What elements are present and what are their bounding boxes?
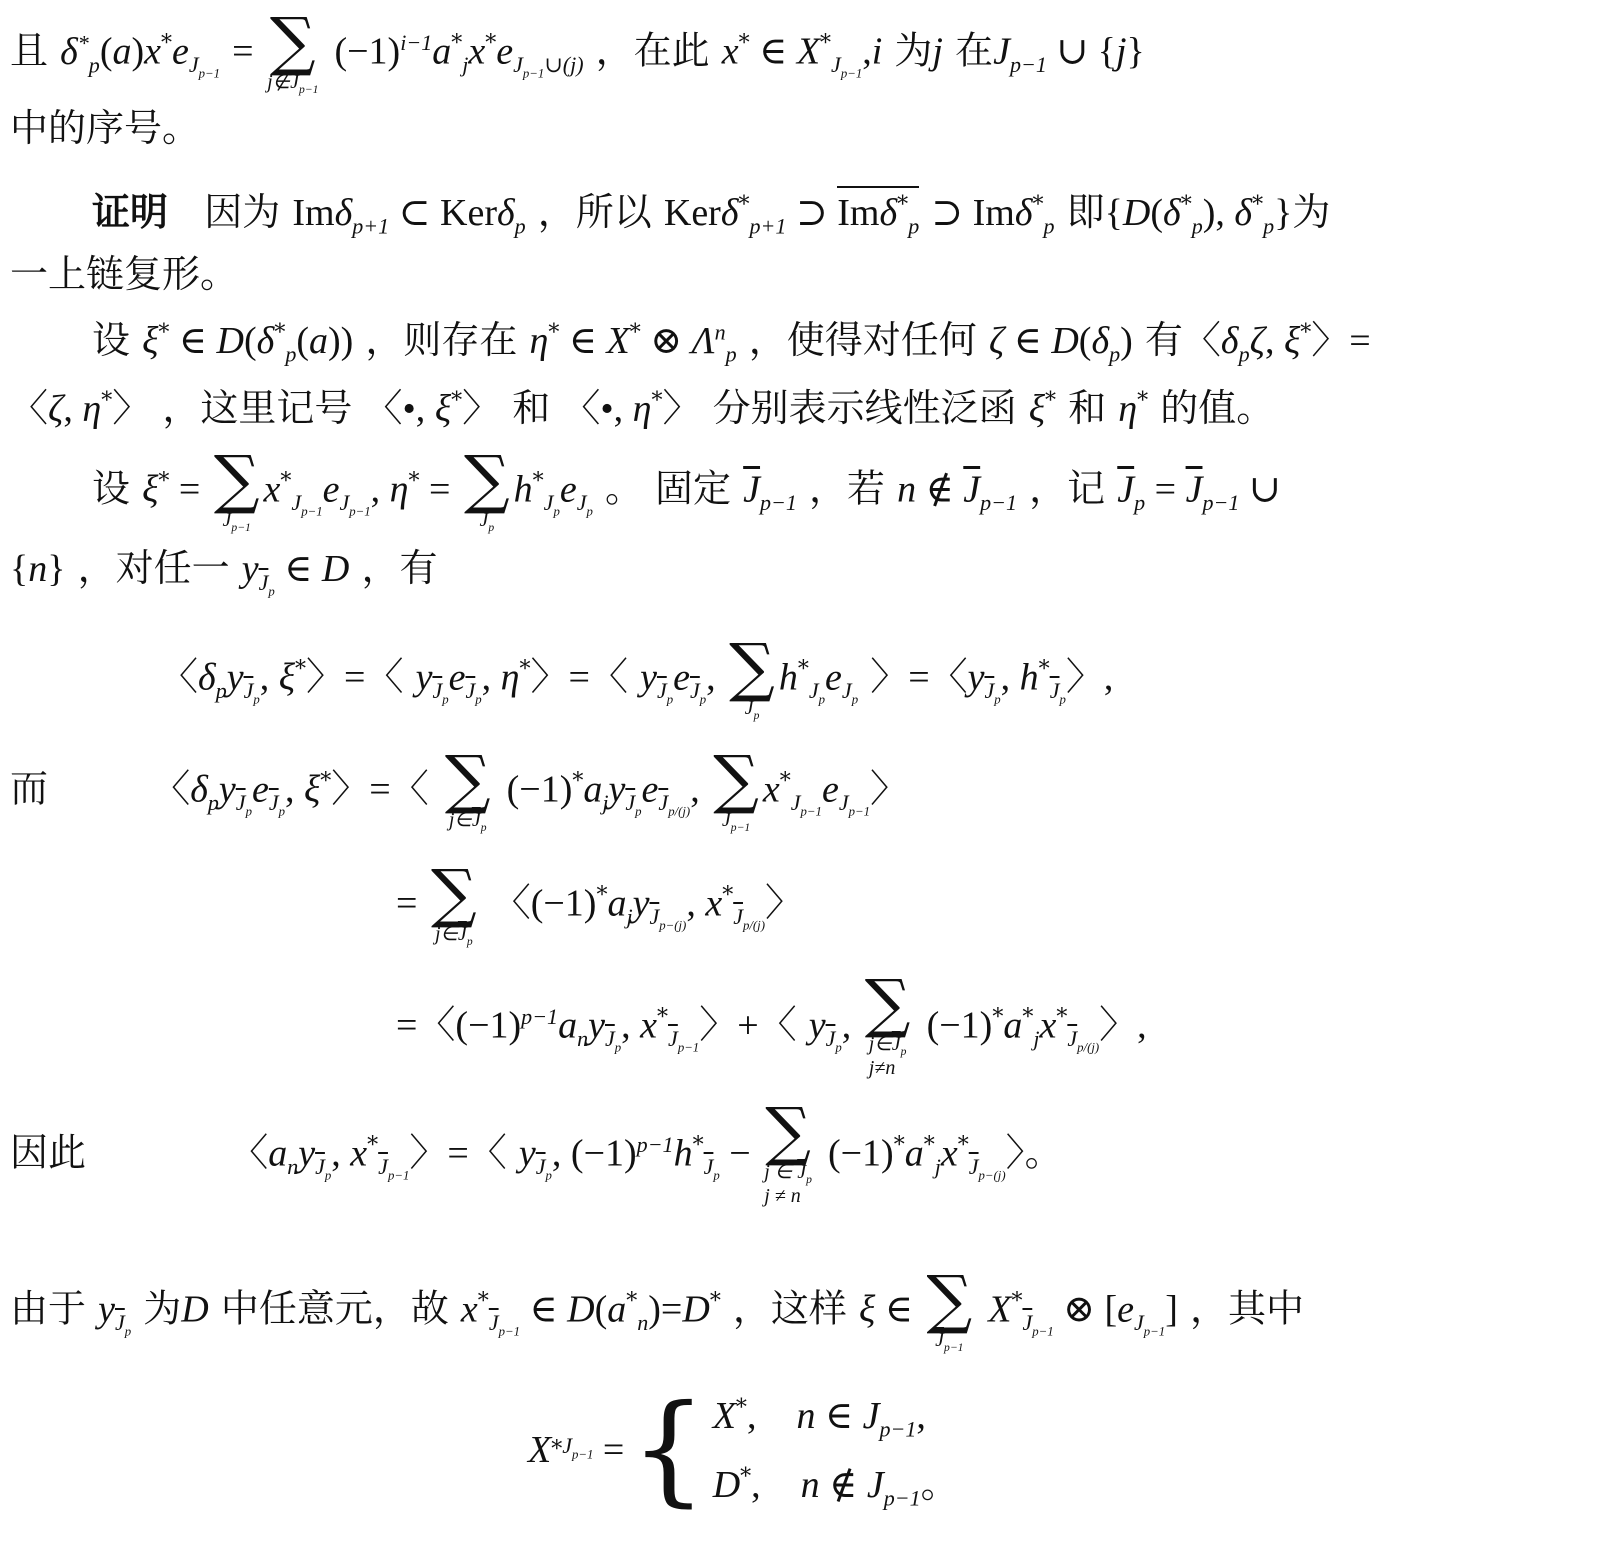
label-yinci: 因此: [10, 1131, 86, 1175]
cases-block: X*,n ∈ Jp−1, D*,n ∉ Jp−1。: [713, 1391, 959, 1509]
text-qie: 且: [10, 29, 48, 73]
equation-6-cases: X*Jp−1 = { X*,n ∈ Jp−1, D*,n ∉ Jp−1。: [528, 1390, 959, 1510]
line-8: {n} ，对任一 yJp ∈ D ，有: [10, 544, 437, 593]
equation-1: 〈δpyJp, ξ*〉=〈 yJpeJp, η*〉=〈 yJpeJp, ∑Jph…: [160, 640, 1113, 720]
line-2: 中的序号。: [10, 104, 200, 152]
line-9: 由于 yJp 为D 中任意元，故 x*Jp−1 ∈ D(a*n)=D* ，这样 …: [10, 1272, 1304, 1352]
line-3-proof: 证明 因为 Imδp+1 ⊂ Kerδp ，所以 Kerδ*p+1 ⊃ Imδ*…: [92, 188, 1330, 237]
equation-2: 而 〈δpyJpeJp, ξ*〉=〈 ∑j∈Jp (−1)*ajyJpeJp/(…: [10, 752, 908, 832]
left-brace: {: [630, 1390, 706, 1510]
equation-4: =〈(−1)p−1anyJp, x*Jp−1〉+〈 yJp, ∑j∈Jpj≠n …: [396, 976, 1147, 1080]
line-5: 设 ξ* ∈ D(δ*p(a)) ，则存在 η* ∈ X* ⊗ Λnp ，使得对…: [92, 316, 1371, 365]
line-4: 一上链复形。: [10, 250, 238, 298]
line-7: 设 ξ* = ∑Jp−1x*Jp−1eJp−1, η* = ∑Jph*JpeJp…: [92, 452, 1281, 532]
line-6: 〈ζ, η*〉 ，这里记号 〈•, ξ*〉 和 〈•, η*〉 分别表示线性泛函…: [10, 384, 1274, 433]
line-1: 且 δ*p(a)x*eJp−1 = ∑j∉Jp−1 (−1)i−1a*jx*eJ…: [10, 14, 1145, 94]
proof-label: 证明: [92, 190, 168, 234]
equation-3: = ∑j∈Jp 〈(−1)*ajyJp−(j), x*Jp/(j)〉: [396, 866, 803, 946]
equation-5: 因此 〈anyJp, x*Jp−1〉=〈 yJp, (−1)p−1h*Jp − …: [10, 1104, 1063, 1208]
summation-symbol: ∑j∉Jp−1: [267, 14, 318, 94]
label-er: 而: [10, 767, 48, 811]
